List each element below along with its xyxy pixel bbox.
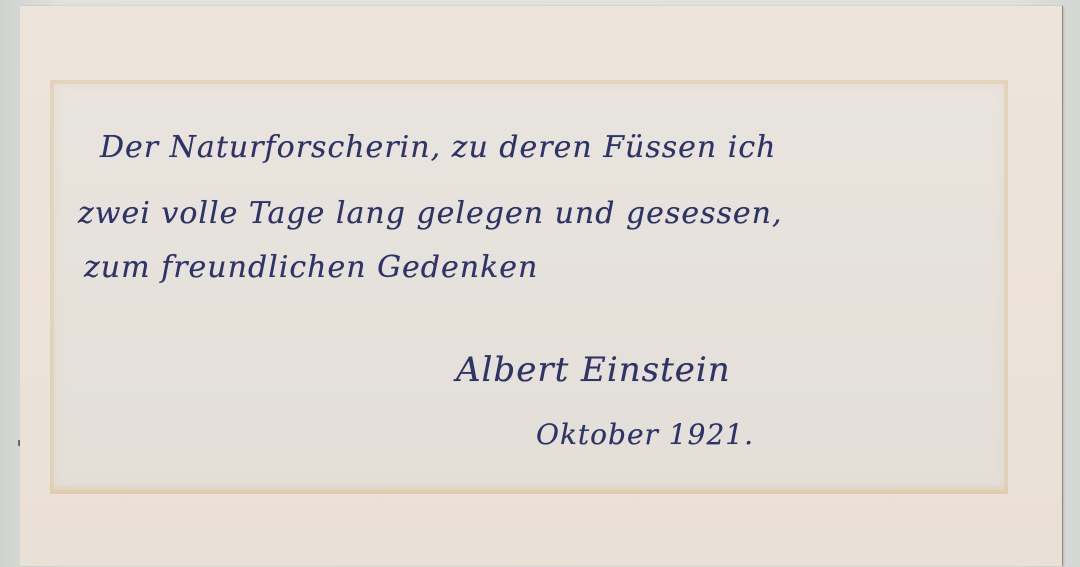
dedication-line-3: zum freundlichen Gedenken: [84, 250, 538, 285]
date-line: Oktober 1921.: [536, 418, 754, 451]
signature: Albert Einstein: [456, 350, 731, 390]
dedication-line-1: Der Naturforscherin, zu deren Füssen ich: [100, 130, 776, 165]
dedication-line-2: zwei volle Tage lang gelegen und gesesse…: [78, 196, 782, 231]
